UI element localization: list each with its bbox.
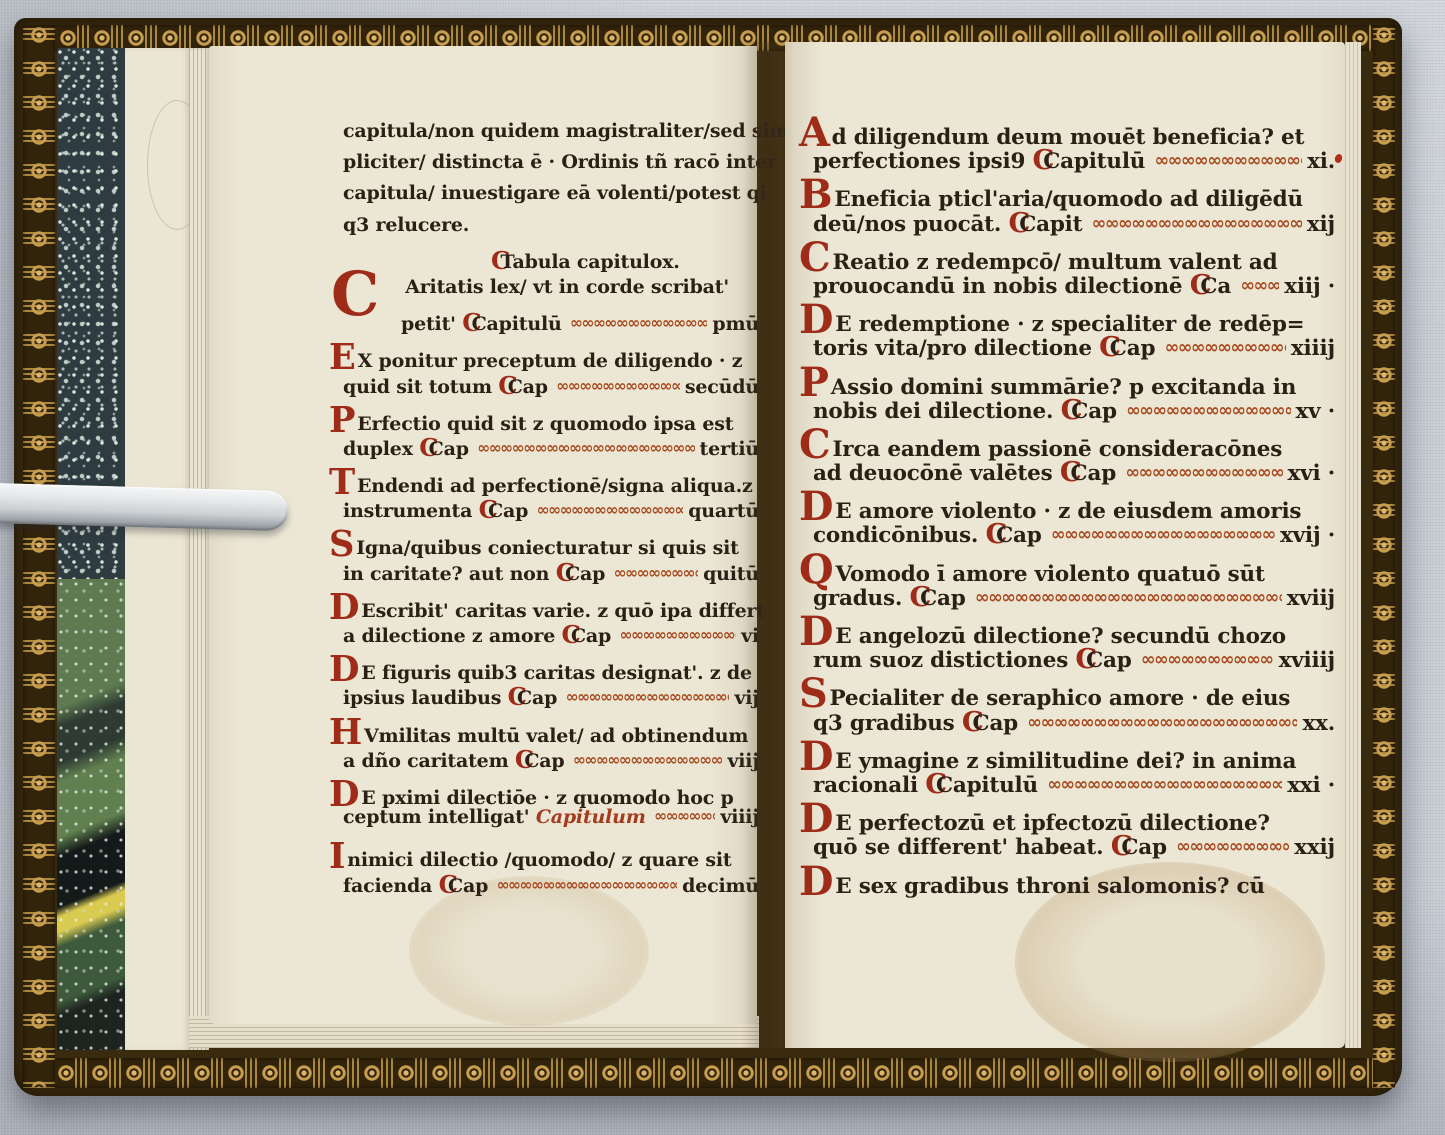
- chapter-initial: I: [329, 839, 345, 874]
- text-run: pliciter/ distincta ē · Ordinis tñ racō …: [343, 151, 777, 173]
- rubric-line-filler: ∞∞∞∞∞∞∞∞∞∞∞∞∞∞∞∞∞∞∞∞∞∞∞∞∞∞∞∞∞∞∞∞∞∞∞∞∞∞∞∞: [654, 807, 715, 825]
- text-line: DE angelozū dilectione? secundū chozo: [813, 611, 1335, 642]
- chapter-initial: D: [799, 863, 833, 903]
- chapter-initial: P: [329, 403, 355, 438]
- rubric-line-filler: ∞∞∞∞∞∞∞∞∞∞∞∞∞∞∞∞∞∞∞∞∞∞∞∞∞∞∞∞∞∞∞∞∞∞∞∞∞∞∞∞: [975, 588, 1282, 608]
- rubric-line-filler: ∞∞∞∞∞∞∞∞∞∞∞∞∞∞∞∞∞∞∞∞∞∞∞∞∞∞∞∞∞∞∞∞∞∞∞∞∞∞∞∞: [1051, 525, 1275, 545]
- page-edges-right: [1345, 42, 1361, 1048]
- text-line: DE sex gradibus throni salomonis? cū: [813, 861, 1335, 892]
- rubric-line-filler: ∞∞∞∞∞∞∞∞∞∞∞∞∞∞∞∞∞∞∞∞∞∞∞∞∞∞∞∞∞∞∞∞∞∞∞∞∞∞∞∞: [1141, 650, 1274, 670]
- gilt-border-left: [23, 25, 55, 1088]
- chapter-initial: P: [799, 364, 829, 404]
- text-line: DE amore violento · z de eiusdem amoris: [813, 486, 1335, 517]
- rubric-text: Capitulum: [536, 806, 652, 828]
- text-line: capitula/non quidem magistraliter/sed si…: [343, 120, 759, 151]
- text-run: Cap: [1121, 835, 1174, 860]
- chapter-initial: D: [799, 800, 833, 840]
- rubric-line-filler: ∞∞∞∞∞∞∞∞∞∞∞∞∞∞∞∞∞∞∞∞∞∞∞∞∞∞∞∞∞∞∞∞∞∞∞∞∞∞∞∞: [477, 439, 694, 457]
- chapter-initial: S: [799, 675, 828, 715]
- left-page-text: capitula/non quidem magistraliter/sed si…: [343, 120, 759, 900]
- text-run: E angelozū dilectione? secundū chozo: [835, 624, 1286, 649]
- text-run: a dilectione z amore: [343, 625, 562, 647]
- text-line: petit' CCapitulū ∞∞∞∞∞∞∞∞∞∞∞∞∞∞∞∞∞∞∞∞∞∞∞…: [343, 307, 759, 338]
- right-page-text: Ad diligendum deum mouēt beneficia? etpe…: [813, 112, 1335, 892]
- text-run: decimū: [682, 875, 759, 897]
- rubric-line-filler: ∞∞∞∞∞∞∞∞∞∞∞∞∞∞∞∞∞∞∞∞∞∞∞∞∞∞∞∞∞∞∞∞∞∞∞∞∞∞∞∞: [619, 626, 736, 644]
- text-run: ad deuocōnē valētes: [813, 461, 1060, 486]
- text-line: quid sit totum CCap ∞∞∞∞∞∞∞∞∞∞∞∞∞∞∞∞∞∞∞∞…: [343, 370, 759, 401]
- text-run: xi.: [1307, 149, 1335, 174]
- rubric-line-filler: ∞∞∞∞∞∞∞∞∞∞∞∞∞∞∞∞∞∞∞∞∞∞∞∞∞∞∞∞∞∞∞∞∞∞∞∞∞∞∞∞: [1240, 276, 1279, 296]
- rubric-line-filler: ∞∞∞∞∞∞∞∞∞∞∞∞∞∞∞∞∞∞∞∞∞∞∞∞∞∞∞∞∞∞∞∞∞∞∞∞∞∞∞∞: [614, 564, 698, 582]
- text-run: quid sit totum: [343, 376, 498, 398]
- rubric-line-filler: ∞∞∞∞∞∞∞∞∞∞∞∞∞∞∞∞∞∞∞∞∞∞∞∞∞∞∞∞∞∞∞∞∞∞∞∞∞∞∞∞: [1155, 151, 1303, 171]
- text-line: ipsius laudibus CCap ∞∞∞∞∞∞∞∞∞∞∞∞∞∞∞∞∞∞∞…: [343, 681, 759, 712]
- text-run: viiij: [720, 806, 759, 828]
- text-line: HVmilitas multū valet/ ad obtinendum: [343, 713, 759, 744]
- text-run: capitula/non quidem magistraliter/sed si…: [343, 120, 789, 142]
- gilt-border-bottom: [22, 1058, 1392, 1088]
- gilt-border-right: [1373, 25, 1395, 1088]
- text-run: Capitulū: [472, 313, 568, 335]
- text-line: Ad diligendum deum mouēt beneficia? et: [813, 112, 1335, 143]
- chapter-initial: D: [329, 652, 359, 687]
- text-line: DE redemptione · z specialiter de redēp=: [813, 299, 1335, 330]
- text-run: quitū: [703, 563, 759, 585]
- text-run: viij: [727, 750, 759, 772]
- text-run: ipsius laudibus: [343, 687, 508, 709]
- text-line: instrumenta CCap ∞∞∞∞∞∞∞∞∞∞∞∞∞∞∞∞∞∞∞∞∞∞∞…: [343, 494, 759, 525]
- flyleaf: [125, 48, 189, 1050]
- chapter-initial: D: [799, 738, 833, 778]
- text-line: CIrca eandem passionē consideracōnes: [813, 424, 1335, 455]
- text-run: deū/nos puocāt.: [813, 212, 1009, 237]
- text-run: Cap: [571, 625, 618, 647]
- text-run: rum suoz distictiones: [813, 648, 1075, 673]
- text-run: Cap: [1071, 399, 1124, 424]
- chapter-initial: A: [799, 114, 830, 154]
- text-run: E redemptione · z specialiter de redēp=: [835, 312, 1304, 337]
- text-run: xxij: [1294, 835, 1335, 860]
- text-run: nobis dei dilectione.: [813, 399, 1061, 424]
- text-run: xiiij: [1291, 336, 1335, 361]
- text-run: vij: [734, 687, 759, 709]
- chapter-initial: E: [329, 340, 356, 375]
- text-run: Erfectio quid sit z quomodo ipsa est: [357, 413, 733, 435]
- text-run: Capit: [1019, 212, 1089, 237]
- text-run: E ymagine z similitudine dei? in anima: [835, 749, 1296, 774]
- rubric-line-filler: ∞∞∞∞∞∞∞∞∞∞∞∞∞∞∞∞∞∞∞∞∞∞∞∞∞∞∞∞∞∞∞∞∞∞∞∞∞∞∞∞: [566, 688, 730, 706]
- text-line: SIgna/quibus coniecturatur si quis sit: [343, 525, 759, 556]
- text-run: Escribit' caritas varie. z quō ipa diffe…: [361, 600, 765, 622]
- text-run: xviij: [1287, 586, 1335, 611]
- text-line: QVomodo ī amore violento quatuō sūt: [813, 549, 1335, 580]
- text-run: xvi ·: [1288, 461, 1335, 486]
- text-line: TEndendi ad perfectionē/signa aliqua.z: [343, 463, 759, 494]
- text-run: Cap: [524, 750, 571, 772]
- text-line: DE figuris quib3 caritas designat'. z de: [343, 650, 759, 681]
- rubric-line-filler: ∞∞∞∞∞∞∞∞∞∞∞∞∞∞∞∞∞∞∞∞∞∞∞∞∞∞∞∞∞∞∞∞∞∞∞∞∞∞∞∞: [556, 377, 680, 395]
- text-run: Eneficia pticl'aria/quomodo ad diligēdū: [834, 187, 1303, 212]
- text-line: EX ponitur preceptum de diligendo · z: [343, 338, 759, 369]
- text-run: prouocandū in nobis dilectionē: [813, 274, 1190, 299]
- text-run: Vomodo ī amore violento quatuō sūt: [835, 562, 1264, 587]
- rubric-line-filler: ∞∞∞∞∞∞∞∞∞∞∞∞∞∞∞∞∞∞∞∞∞∞∞∞∞∞∞∞∞∞∞∞∞∞∞∞∞∞∞∞: [570, 314, 707, 332]
- text-run: xij: [1307, 212, 1335, 237]
- text-run: X ponitur preceptum de diligendo · z: [358, 350, 743, 372]
- text-run: xviiij: [1279, 648, 1335, 673]
- left-page: capitula/non quidem magistraliter/sed si…: [209, 46, 757, 1024]
- text-run: Vmilitas multū valet/ ad obtinendum: [364, 725, 748, 747]
- text-run: Cap: [973, 711, 1026, 736]
- text-run: tertiū: [700, 438, 759, 460]
- text-run: duplex: [343, 438, 419, 460]
- text-run: in caritate? aut non: [343, 563, 556, 585]
- text-line: BEneficia pticl'aria/quomodo ad diligēdū: [813, 174, 1335, 205]
- text-run: Aritatis lex/ vt in corde scribat': [405, 276, 729, 298]
- text-run: q3 relucere.: [343, 214, 469, 236]
- chapter-initial: C: [799, 239, 830, 279]
- text-run: Cap: [920, 586, 973, 611]
- chapter-initial: B: [799, 176, 832, 216]
- text-line: capitula/ inuestigare eā volenti/potest …: [343, 182, 759, 213]
- text-run: Capitulū: [1043, 149, 1152, 174]
- text-run: Cap: [488, 500, 535, 522]
- text-line: facienda CCap ∞∞∞∞∞∞∞∞∞∞∞∞∞∞∞∞∞∞∞∞∞∞∞∞∞∞…: [343, 869, 759, 900]
- text-run: xx.: [1302, 711, 1335, 736]
- rubric-line-filler: ∞∞∞∞∞∞∞∞∞∞∞∞∞∞∞∞∞∞∞∞∞∞∞∞∞∞∞∞∞∞∞∞∞∞∞∞∞∞∞∞: [1027, 713, 1297, 733]
- text-line: DEscribit' caritas varie. z quō ipa diff…: [343, 588, 759, 619]
- text-line: CReatio z redempcō/ multum valent ad: [813, 237, 1335, 268]
- text-run: Pecialiter de seraphico amore · de eius: [830, 686, 1291, 711]
- chapter-initial: D: [799, 613, 833, 653]
- text-run: E amore violento · z de eiusdem amoris: [835, 499, 1301, 524]
- text-run: Cap: [1071, 461, 1124, 486]
- text-line: CTabula capitulox.: [343, 245, 759, 276]
- text-run: xiij ·: [1284, 274, 1335, 299]
- text-run: Cap: [1110, 336, 1163, 361]
- rubric-line-filler: ∞∞∞∞∞∞∞∞∞∞∞∞∞∞∞∞∞∞∞∞∞∞∞∞∞∞∞∞∞∞∞∞∞∞∞∞∞∞∞∞: [1092, 214, 1302, 234]
- chapter-initial: D: [799, 301, 833, 341]
- right-page: Ad diligendum deum mouēt beneficia? etpe…: [785, 42, 1345, 1048]
- chapter-initial: S: [329, 527, 354, 562]
- text-run: Cap: [1086, 648, 1139, 673]
- text-run: condicōnibus.: [813, 523, 985, 548]
- red-ink-fleck: [1334, 153, 1344, 164]
- page-edges-left: [189, 48, 209, 1050]
- rubric-line-filler: ∞∞∞∞∞∞∞∞∞∞∞∞∞∞∞∞∞∞∞∞∞∞∞∞∞∞∞∞∞∞∞∞∞∞∞∞∞∞∞∞: [1047, 775, 1282, 795]
- rubric-line-filler: ∞∞∞∞∞∞∞∞∞∞∞∞∞∞∞∞∞∞∞∞∞∞∞∞∞∞∞∞∞∞∞∞∞∞∞∞∞∞∞∞: [1126, 401, 1290, 421]
- text-line: PAssio domini summārie? p excitanda in: [813, 362, 1335, 393]
- text-run: Cap: [508, 376, 555, 398]
- text-run: Igna/quibus coniecturatur si quis sit: [356, 537, 738, 559]
- text-run: facienda: [343, 875, 439, 897]
- text-run: secūdū: [685, 376, 759, 398]
- text-line: DE perfectozū et ipfectozū dilectione?: [813, 798, 1335, 829]
- text-run: toris vita/pro dilectione: [813, 336, 1099, 361]
- marbled-endpaper: [57, 48, 125, 1050]
- text-run: Endendi ad perfectionē/signa aliqua.z: [357, 475, 753, 497]
- text-run: perfectiones ipsi9: [813, 149, 1033, 174]
- text-run: q3 gradibus: [813, 711, 962, 736]
- text-line: DE pximi dilectiōe · z quomodo hoc p: [343, 775, 759, 806]
- text-run: racionali: [813, 773, 925, 798]
- paper-knife: [0, 483, 288, 532]
- text-run: Ca: [1200, 274, 1238, 299]
- chapter-initial: C: [799, 426, 830, 466]
- rubric-line-filler: ∞∞∞∞∞∞∞∞∞∞∞∞∞∞∞∞∞∞∞∞∞∞∞∞∞∞∞∞∞∞∞∞∞∞∞∞∞∞∞∞: [497, 876, 678, 894]
- text-run: xxi ·: [1287, 773, 1335, 798]
- text-run: capitula/ inuestigare eā volenti/potest …: [343, 182, 767, 204]
- text-run: xvij ·: [1280, 523, 1335, 548]
- chapter-initial: H: [329, 715, 362, 750]
- text-line: in caritate? aut non CCap ∞∞∞∞∞∞∞∞∞∞∞∞∞∞…: [343, 557, 759, 588]
- photograph-of-open-book: capitula/non quidem magistraliter/sed si…: [0, 0, 1445, 1135]
- text-run: instrumenta: [343, 500, 479, 522]
- chapter-initial: Q: [799, 551, 833, 591]
- text-line: DE ymagine z similitudine dei? in anima: [813, 736, 1335, 767]
- text-run: Cap: [448, 875, 495, 897]
- text-run: gradus.: [813, 586, 909, 611]
- text-run: xv ·: [1296, 399, 1335, 424]
- text-run: E perfectozū et ipfectozū dilectione?: [835, 811, 1270, 836]
- text-line: q3 relucere.: [343, 214, 759, 245]
- chapter-initial: D: [799, 488, 833, 528]
- text-run: Cap: [429, 438, 476, 460]
- text-run: Capitulū: [936, 773, 1045, 798]
- text-line: CAritatis lex/ vt in corde scribat': [343, 276, 759, 307]
- text-run: Irca eandem passionē consideracōnes: [832, 437, 1282, 462]
- text-run: quō se different' habeat.: [813, 835, 1111, 860]
- rubric-line-filler: ∞∞∞∞∞∞∞∞∞∞∞∞∞∞∞∞∞∞∞∞∞∞∞∞∞∞∞∞∞∞∞∞∞∞∞∞∞∞∞∞: [1165, 338, 1286, 358]
- text-line: PErfectio quid sit z quomodo ipsa est: [343, 401, 759, 432]
- text-run: Cap: [565, 563, 612, 585]
- text-line: a dilectione z amore CCap ∞∞∞∞∞∞∞∞∞∞∞∞∞∞…: [343, 619, 759, 650]
- text-run: vi: [741, 625, 759, 647]
- text-run: nimici dilectio /quomodo/ z quare sit: [347, 849, 731, 871]
- rubric-line-filler: ∞∞∞∞∞∞∞∞∞∞∞∞∞∞∞∞∞∞∞∞∞∞∞∞∞∞∞∞∞∞∞∞∞∞∞∞∞∞∞∞: [1125, 463, 1282, 483]
- text-run: a dño caritatem: [343, 750, 515, 772]
- chapter-initial: D: [329, 590, 359, 625]
- marbled-endpaper-swirl: [57, 579, 125, 1050]
- rubric-line-filler: ∞∞∞∞∞∞∞∞∞∞∞∞∞∞∞∞∞∞∞∞∞∞∞∞∞∞∞∞∞∞∞∞∞∞∞∞∞∞∞∞: [537, 501, 684, 519]
- text-line: Inimici dilectio /quomodo/ z quare sit: [343, 837, 759, 868]
- text-line: duplex CCap ∞∞∞∞∞∞∞∞∞∞∞∞∞∞∞∞∞∞∞∞∞∞∞∞∞∞∞∞…: [343, 432, 759, 463]
- text-run: pmū: [712, 313, 759, 335]
- text-line: SPecialiter de seraphico amore · de eius: [813, 673, 1335, 704]
- rubric-line-filler: ∞∞∞∞∞∞∞∞∞∞∞∞∞∞∞∞∞∞∞∞∞∞∞∞∞∞∞∞∞∞∞∞∞∞∞∞∞∞∞∞: [1176, 837, 1289, 857]
- text-run: petit': [401, 313, 462, 335]
- text-run: Cap: [996, 523, 1049, 548]
- text-line: a dño caritatem CCap ∞∞∞∞∞∞∞∞∞∞∞∞∞∞∞∞∞∞∞…: [343, 744, 759, 775]
- chapter-initial: T: [329, 465, 355, 500]
- text-line: ceptum intelligat' Capitulum ∞∞∞∞∞∞∞∞∞∞∞…: [343, 806, 759, 837]
- rubric-line-filler: ∞∞∞∞∞∞∞∞∞∞∞∞∞∞∞∞∞∞∞∞∞∞∞∞∞∞∞∞∞∞∞∞∞∞∞∞∞∞∞∞: [573, 751, 723, 769]
- text-run: Cap: [517, 687, 564, 709]
- text-line: pliciter/ distincta ē · Ordinis tñ racō …: [343, 151, 759, 182]
- text-run: d diligendum deum mouēt beneficia? et: [832, 125, 1305, 150]
- text-run: E sex gradibus throni salomonis? cū: [835, 874, 1265, 899]
- text-run: Tabula capitulox.: [500, 251, 679, 273]
- text-run: quartū: [688, 500, 759, 522]
- text-run: ceptum intelligat': [343, 806, 536, 828]
- text-run: E figuris quib3 caritas designat'. z de: [361, 662, 752, 684]
- drop-cap-initial: C: [331, 265, 379, 326]
